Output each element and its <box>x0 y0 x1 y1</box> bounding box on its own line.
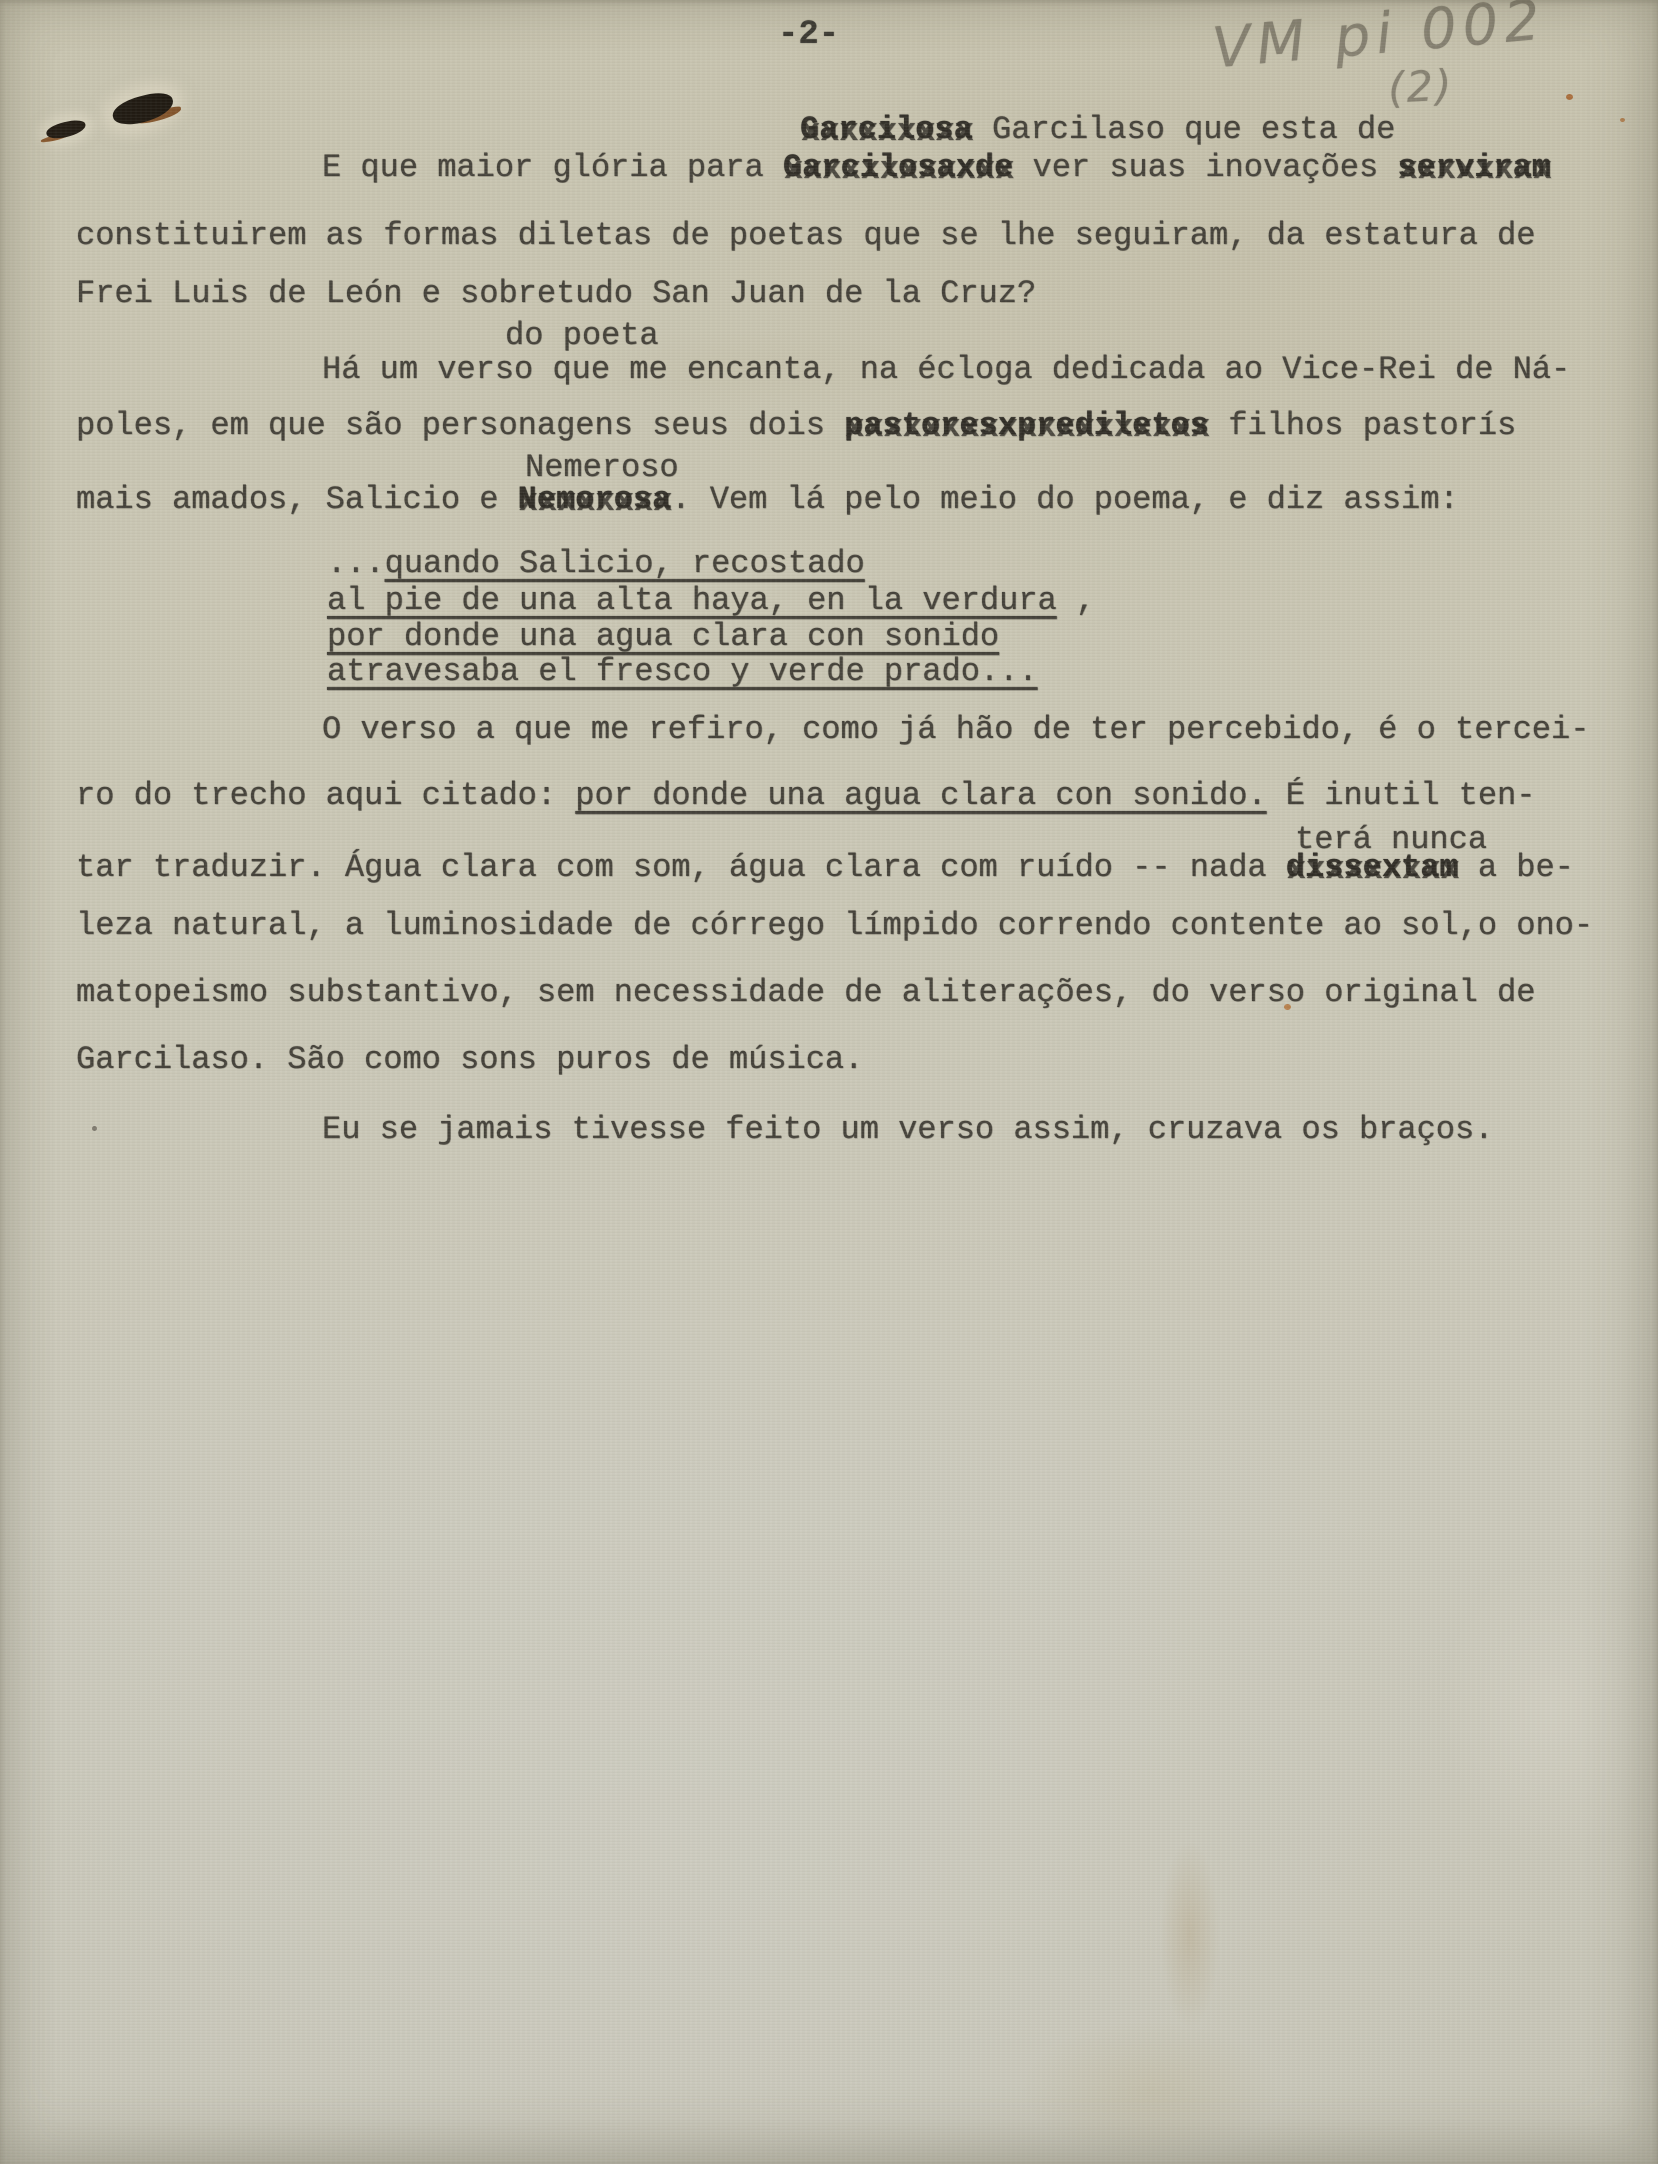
typed-text: leza natural, a luminosidade de córrego … <box>76 907 1593 944</box>
typed-text: ver suas inovações <box>1013 149 1397 186</box>
typed-line: leza natural, a luminosidade de córrego … <box>76 908 1593 944</box>
struck-word: pastoresxprediletosxxxxxxxxxxxxxxxxxxx <box>844 408 1209 444</box>
typed-text: tar traduzir. Água clara com som, água c… <box>76 849 1286 886</box>
poem-line: atravesaba el fresco y verde prado... <box>327 654 1038 690</box>
paper-background <box>0 0 1658 2164</box>
typed-line: E que maior glória para Garcilosaxdexxxx… <box>322 150 1551 186</box>
typed-line: poles, em que são personagens seus dois … <box>76 408 1516 444</box>
typed-text: , <box>1057 582 1095 619</box>
typed-text: E que maior glória para <box>322 149 783 186</box>
poem-line: ...quando Salicio, recostado <box>327 546 865 582</box>
typed-text: a be- <box>1459 849 1574 886</box>
overtype-x: xxxxxxxx <box>1398 152 1552 188</box>
typed-line: Garcilaso. São como sons puros de música… <box>76 1042 863 1078</box>
overtype-x: xxxxxxxxxxxxxxxxxxx <box>845 410 1210 446</box>
typed-text: do poeta <box>505 317 659 354</box>
underlined-text: por donde una agua clara con sonido <box>327 618 999 655</box>
typed-insertion: do poeta <box>505 318 659 354</box>
typed-text: É inutil ten- <box>1267 777 1536 814</box>
struck-word: Garcilosaxdexxxxxxxxxxxx <box>783 150 1013 186</box>
typed-text: mais amados, Salicio e <box>76 481 518 518</box>
underlined-text: quando Salicio, recostado <box>385 545 865 582</box>
typed-line: tar traduzir. Água clara com som, água c… <box>76 850 1574 886</box>
struck-word: serviramxxxxxxxx <box>1397 150 1551 186</box>
typed-text: O verso a que me refiro, como já hão de … <box>322 711 1589 748</box>
typed-text: constituirem as formas diletas de poetas… <box>76 217 1535 254</box>
typed-line: constituirem as formas diletas de poetas… <box>76 218 1535 254</box>
rust-speck <box>1620 118 1625 122</box>
struck-word: Garcilosaxxxxxxxxx <box>800 112 973 148</box>
overtype-x: xxxxxxxxxxxx <box>784 152 1014 188</box>
handwritten-page-paren: (2) <box>1387 60 1455 112</box>
typed-insertion: Garcilosaxxxxxxxxx Garcilaso que esta de <box>800 112 1395 148</box>
rust-speck <box>1566 94 1573 100</box>
typed-text: poles, em que são personagens seus dois <box>76 407 844 444</box>
underlined-text: al pie de una alta haya, en la verdura <box>327 582 1057 619</box>
typed-text: ... <box>327 545 385 582</box>
overtype-x: xxxxxxxxx <box>801 114 974 150</box>
ink-speck <box>92 1126 97 1131</box>
underlined-text: por donde una agua clara con sonido. <box>575 777 1266 814</box>
poem-line: por donde una agua clara con sonido <box>327 619 999 655</box>
typed-line: Frei Luis de León e sobretudo San Juan d… <box>76 276 1036 312</box>
typed-text: Frei Luis de León e sobretudo San Juan d… <box>76 275 1036 312</box>
typed-text: filhos pastorís <box>1209 407 1516 444</box>
typed-text: matopeismo substantivo, sem necessidade … <box>76 974 1535 1011</box>
typed-line: mais amados, Salicio e Nemorosaxxxxxxxx.… <box>76 482 1459 518</box>
typed-line: ro do trecho aqui citado: por donde una … <box>76 778 1535 814</box>
typed-line: Eu se jamais tivesse feito um verso assi… <box>322 1112 1493 1148</box>
typed-text: ro do trecho aqui citado: <box>76 777 575 814</box>
typed-text: Eu se jamais tivesse feito um verso assi… <box>322 1111 1493 1148</box>
typed-line: matopeismo substantivo, sem necessidade … <box>76 975 1535 1011</box>
typed-line: O verso a que me refiro, como já hão de … <box>322 712 1589 748</box>
page-number: -2- <box>778 16 839 54</box>
overtype-x: xxxxxxxx <box>519 484 673 520</box>
typed-text: Há um verso que me encanta, na écloga de… <box>322 351 1570 388</box>
typed-text: Garcilaso que esta de <box>973 111 1395 148</box>
overtype-x: xxxxxxxxx <box>1287 852 1460 888</box>
underlined-text: atravesaba el fresco y verde prado... <box>327 653 1038 690</box>
struck-word: dissextamxxxxxxxxx <box>1286 850 1459 886</box>
struck-word: Nemorosaxxxxxxxx <box>518 482 672 518</box>
typed-line: Há um verso que me encanta, na écloga de… <box>322 352 1570 388</box>
scanned-typescript-page: { "page": { "number": "-2-" }, "annotati… <box>0 0 1658 2164</box>
typed-text: Garcilaso. São como sons puros de música… <box>76 1041 863 1078</box>
typed-text: . Vem lá pelo meio do poema, e diz assim… <box>671 481 1458 518</box>
poem-line: al pie de una alta haya, en la verdura , <box>327 583 1095 619</box>
